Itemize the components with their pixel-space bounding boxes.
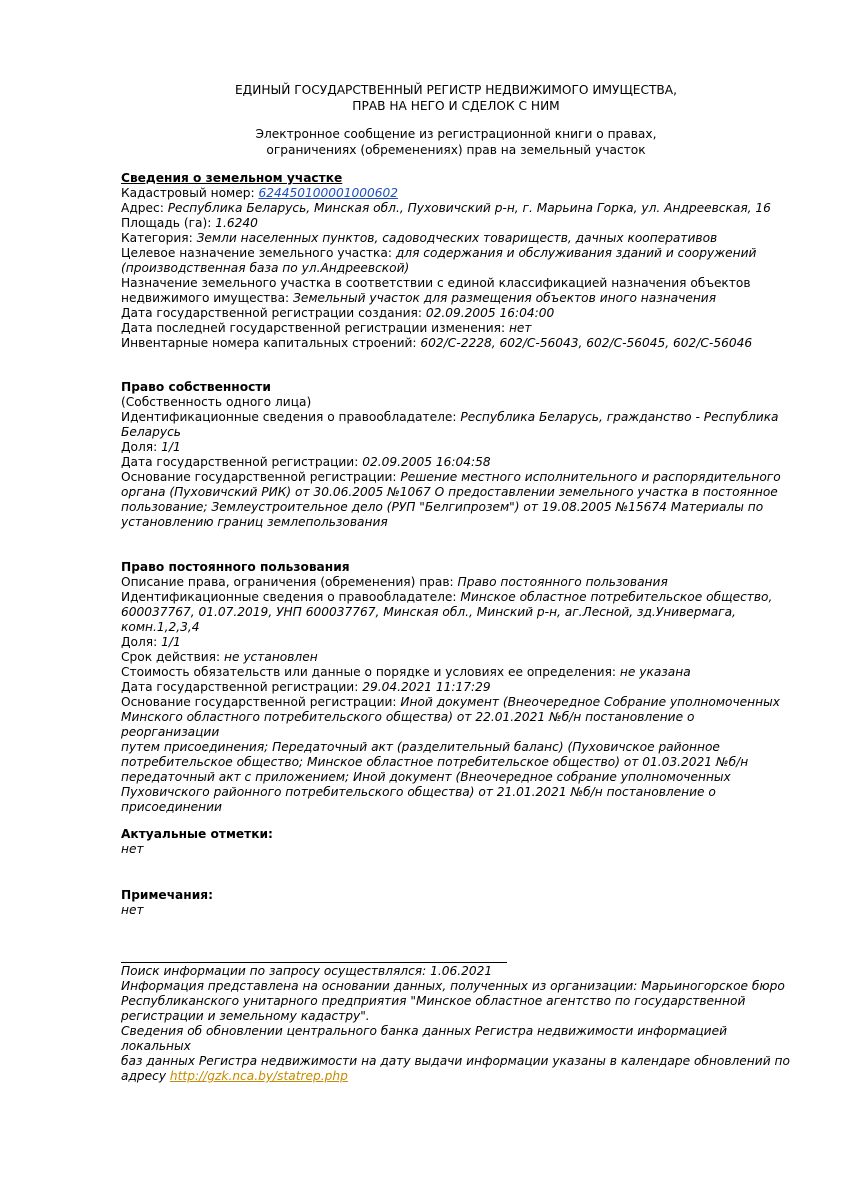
- ownership-basis-cont-3: установлению границ землепользования: [121, 515, 791, 530]
- pu-basis-cont-6: присоединении: [121, 800, 791, 815]
- basis-value: Решение местного исполнительного и распо…: [400, 470, 780, 484]
- current-marks-section: Актуальные отметки: нет: [121, 827, 791, 857]
- ownership-holder-row-cont: Беларусь: [121, 425, 791, 440]
- basis-value-cont: потребительское общество; Минское област…: [121, 755, 748, 769]
- classification-value: Земельный участок для размещения объекто…: [293, 291, 716, 305]
- description-value: Право постоянного пользования: [458, 575, 668, 589]
- purpose-row: Целевое назначение земельного участка: д…: [121, 246, 791, 261]
- basis-value-cont: Пуховичского районного потребительского …: [121, 785, 716, 799]
- purpose-label: Целевое назначение земельного участка:: [121, 246, 396, 260]
- ownership-type: (Собственность одного лица): [121, 395, 791, 410]
- pu-basis-cont-3: потребительское общество; Минское област…: [121, 755, 791, 770]
- share-label: Доля:: [121, 635, 161, 649]
- cadastral-number-link[interactable]: 624450100001000602: [258, 186, 398, 200]
- created-value: 02.09.2005 16:04:00: [426, 306, 554, 320]
- notes-value: нет: [121, 903, 144, 917]
- area-value: 1.6240: [215, 216, 258, 230]
- current-marks-value: нет: [121, 842, 144, 856]
- cost-value: не указана: [620, 665, 691, 679]
- source-info: Информация представлена на основании дан…: [121, 979, 791, 994]
- pu-share-row: Доля: 1/1: [121, 635, 791, 650]
- basis-value-cont: органа (Пуховичский РИК) от 30.06.2005 №…: [121, 485, 778, 499]
- source-info-cont: Республиканского унитарного предприятия …: [121, 994, 791, 1009]
- update-info-prefix: адресу: [121, 1069, 170, 1083]
- ownership-share-row: Доля: 1/1: [121, 440, 791, 455]
- land-plot-heading: Сведения о земельном участке: [121, 171, 791, 186]
- holder-value-cont: Беларусь: [121, 425, 181, 439]
- classification-label: Назначение земельного участка в соответс…: [121, 276, 791, 291]
- ownership-basis-cont-1: органа (Пуховичский РИК) от 30.06.2005 №…: [121, 485, 791, 500]
- cost-label: Стоимость обязательств или данные о поря…: [121, 665, 620, 679]
- title-line-1: ЕДИНЫЙ ГОСУДАРСТВЕННЫЙ РЕГИСТР НЕДВИЖИМО…: [121, 82, 791, 98]
- holder-label: Идентификационные сведения о правооблада…: [121, 590, 460, 604]
- inventory-value: 602/С-2228, 602/С-56043, 602/С-56045, 60…: [420, 336, 752, 350]
- basis-value-cont: пользование; Землеустроительное дело (РУ…: [121, 500, 763, 514]
- changed-row: Дата последней государственной регистрац…: [121, 321, 791, 336]
- classification-label-cont: недвижимого имущества:: [121, 291, 293, 305]
- purpose-row-cont: (производственная база по ул.Андреевской…: [121, 261, 791, 276]
- land-plot-section: Сведения о земельном участке Кадастровый…: [121, 171, 791, 351]
- basis-value-cont: передаточный акт с приложением; Иной док…: [121, 770, 731, 784]
- cadastral-number-row: Кадастровый номер: 624450100001000602: [121, 186, 791, 201]
- address-value: Республика Беларусь, Минская обл., Пухов…: [168, 201, 771, 215]
- inventory-row: Инвентарные номера капитальных строений:…: [121, 336, 791, 351]
- current-marks-heading: Актуальные отметки:: [121, 827, 791, 842]
- share-value: 1/1: [161, 635, 181, 649]
- pu-basis-row: Основание государственной регистрации: И…: [121, 695, 791, 710]
- description-label: Описание права, ограничения (обременения…: [121, 575, 458, 589]
- pu-holder-row: Идентификационные сведения о правооблада…: [121, 590, 791, 605]
- purpose-value: для содержания и обслуживания зданий и с…: [396, 246, 757, 260]
- cadastral-label: Кадастровый номер:: [121, 186, 258, 200]
- category-value: Земли населенных пунктов, садоводческих …: [197, 231, 718, 245]
- permanent-use-section: Право постоянного пользования Описание п…: [121, 560, 791, 815]
- purpose-value-cont: (производственная база по ул.Андреевской…: [121, 261, 409, 275]
- pu-date-row: Дата государственной регистрации: 29.04.…: [121, 680, 791, 695]
- category-row: Категория: Земли населенных пунктов, сад…: [121, 231, 791, 246]
- reg-date-label: Дата государственной регистрации:: [121, 680, 362, 694]
- pu-basis-cont-5: Пуховичского районного потребительского …: [121, 785, 791, 800]
- created-label: Дата государственной регистрации создани…: [121, 306, 426, 320]
- pu-holder-cont-1: 600037767, 01.07.2019, УНП 600037767, Ми…: [121, 605, 791, 620]
- description-row: Описание права, ограничения (обременения…: [121, 575, 791, 590]
- ownership-basis-cont-2: пользование; Землеустроительное дело (РУ…: [121, 500, 791, 515]
- footer-divider: [121, 962, 507, 963]
- ownership-date-row: Дата государственной регистрации: 02.09.…: [121, 455, 791, 470]
- pu-holder-cont-2: комн.1,2,3,4: [121, 620, 791, 635]
- ownership-section: Право собственности (Собственность одног…: [121, 380, 791, 530]
- holder-value-cont: комн.1,2,3,4: [121, 620, 200, 634]
- statrep-link[interactable]: http://gzk.nca.by/statrep.php: [170, 1069, 348, 1083]
- reg-date-label: Дата государственной регистрации:: [121, 455, 362, 469]
- pu-cost-row: Стоимость обязательств или данные о поря…: [121, 665, 791, 680]
- classification-row: недвижимого имущества: Земельный участок…: [121, 291, 791, 306]
- basis-value-cont: Минского областного потребительского общ…: [121, 710, 694, 739]
- basis-label: Основание государственной регистрации:: [121, 695, 400, 709]
- share-value: 1/1: [161, 440, 181, 454]
- holder-value: Республика Беларусь, гражданство - Респу…: [460, 410, 778, 424]
- basis-value-cont: присоединении: [121, 800, 222, 814]
- pu-basis-cont-1: Минского областного потребительского общ…: [121, 710, 791, 740]
- pu-basis-cont-4: передаточный акт с приложением; Иной док…: [121, 770, 791, 785]
- update-info-link-row: адресу http://gzk.nca.by/statrep.php: [121, 1069, 791, 1084]
- search-date: Поиск информации по запросу осуществлялс…: [121, 964, 791, 979]
- basis-label: Основание государственной регистрации:: [121, 470, 400, 484]
- permanent-use-heading: Право постоянного пользования: [121, 560, 791, 575]
- address-row: Адрес: Республика Беларусь, Минская обл.…: [121, 201, 791, 216]
- pu-term-row: Срок действия: не установлен: [121, 650, 791, 665]
- area-row: Площадь (га): 1.6240: [121, 216, 791, 231]
- source-info-cont: регистрации и земельному кадастру".: [121, 1009, 791, 1024]
- subtitle-line-2: ограничениях (обременениях) прав на земе…: [121, 142, 791, 158]
- changed-value: нет: [509, 321, 532, 335]
- ownership-holder-row: Идентификационные сведения о правооблада…: [121, 410, 791, 425]
- term-value: не установлен: [224, 650, 318, 664]
- reg-date-value: 29.04.2021 11:17:29: [362, 680, 490, 694]
- document-title: ЕДИНЫЙ ГОСУДАРСТВЕННЫЙ РЕГИСТР НЕДВИЖИМО…: [121, 82, 791, 114]
- holder-value: Минское областное потребительское общест…: [460, 590, 772, 604]
- basis-value-cont: установлению границ землепользования: [121, 515, 388, 529]
- notes-section: Примечания: нет: [121, 888, 791, 918]
- ownership-heading: Право собственности: [121, 380, 791, 395]
- share-label: Доля:: [121, 440, 161, 454]
- notes-heading: Примечания:: [121, 888, 791, 903]
- reg-date-value: 02.09.2005 16:04:58: [362, 455, 490, 469]
- subtitle-line-1: Электронное сообщение из регистрационной…: [121, 126, 791, 142]
- ownership-basis-row: Основание государственной регистрации: Р…: [121, 470, 791, 485]
- title-line-2: ПРАВ НА НЕГО И СДЕЛОК С НИМ: [121, 98, 791, 114]
- document-subtitle: Электронное сообщение из регистрационной…: [121, 126, 791, 158]
- category-label: Категория:: [121, 231, 197, 245]
- footer: Поиск информации по запросу осуществлялс…: [121, 964, 791, 1084]
- update-info: Сведения об обновлении центрального банк…: [121, 1024, 791, 1054]
- update-info-cont: баз данных Регистра недвижимости на дату…: [121, 1054, 791, 1069]
- basis-value: Иной документ (Внеочередное Собрание упо…: [400, 695, 780, 709]
- area-label: Площадь (га):: [121, 216, 215, 230]
- pu-basis-cont-2: путем присоединения; Передаточный акт (р…: [121, 740, 791, 755]
- inventory-label: Инвентарные номера капитальных строений:: [121, 336, 420, 350]
- term-label: Срок действия:: [121, 650, 224, 664]
- holder-label: Идентификационные сведения о правооблада…: [121, 410, 460, 424]
- basis-value-cont: путем присоединения; Передаточный акт (р…: [121, 740, 720, 754]
- created-row: Дата государственной регистрации создани…: [121, 306, 791, 321]
- changed-label: Дата последней государственной регистрац…: [121, 321, 509, 335]
- address-label: Адрес:: [121, 201, 168, 215]
- holder-value-cont: 600037767, 01.07.2019, УНП 600037767, Ми…: [121, 605, 736, 619]
